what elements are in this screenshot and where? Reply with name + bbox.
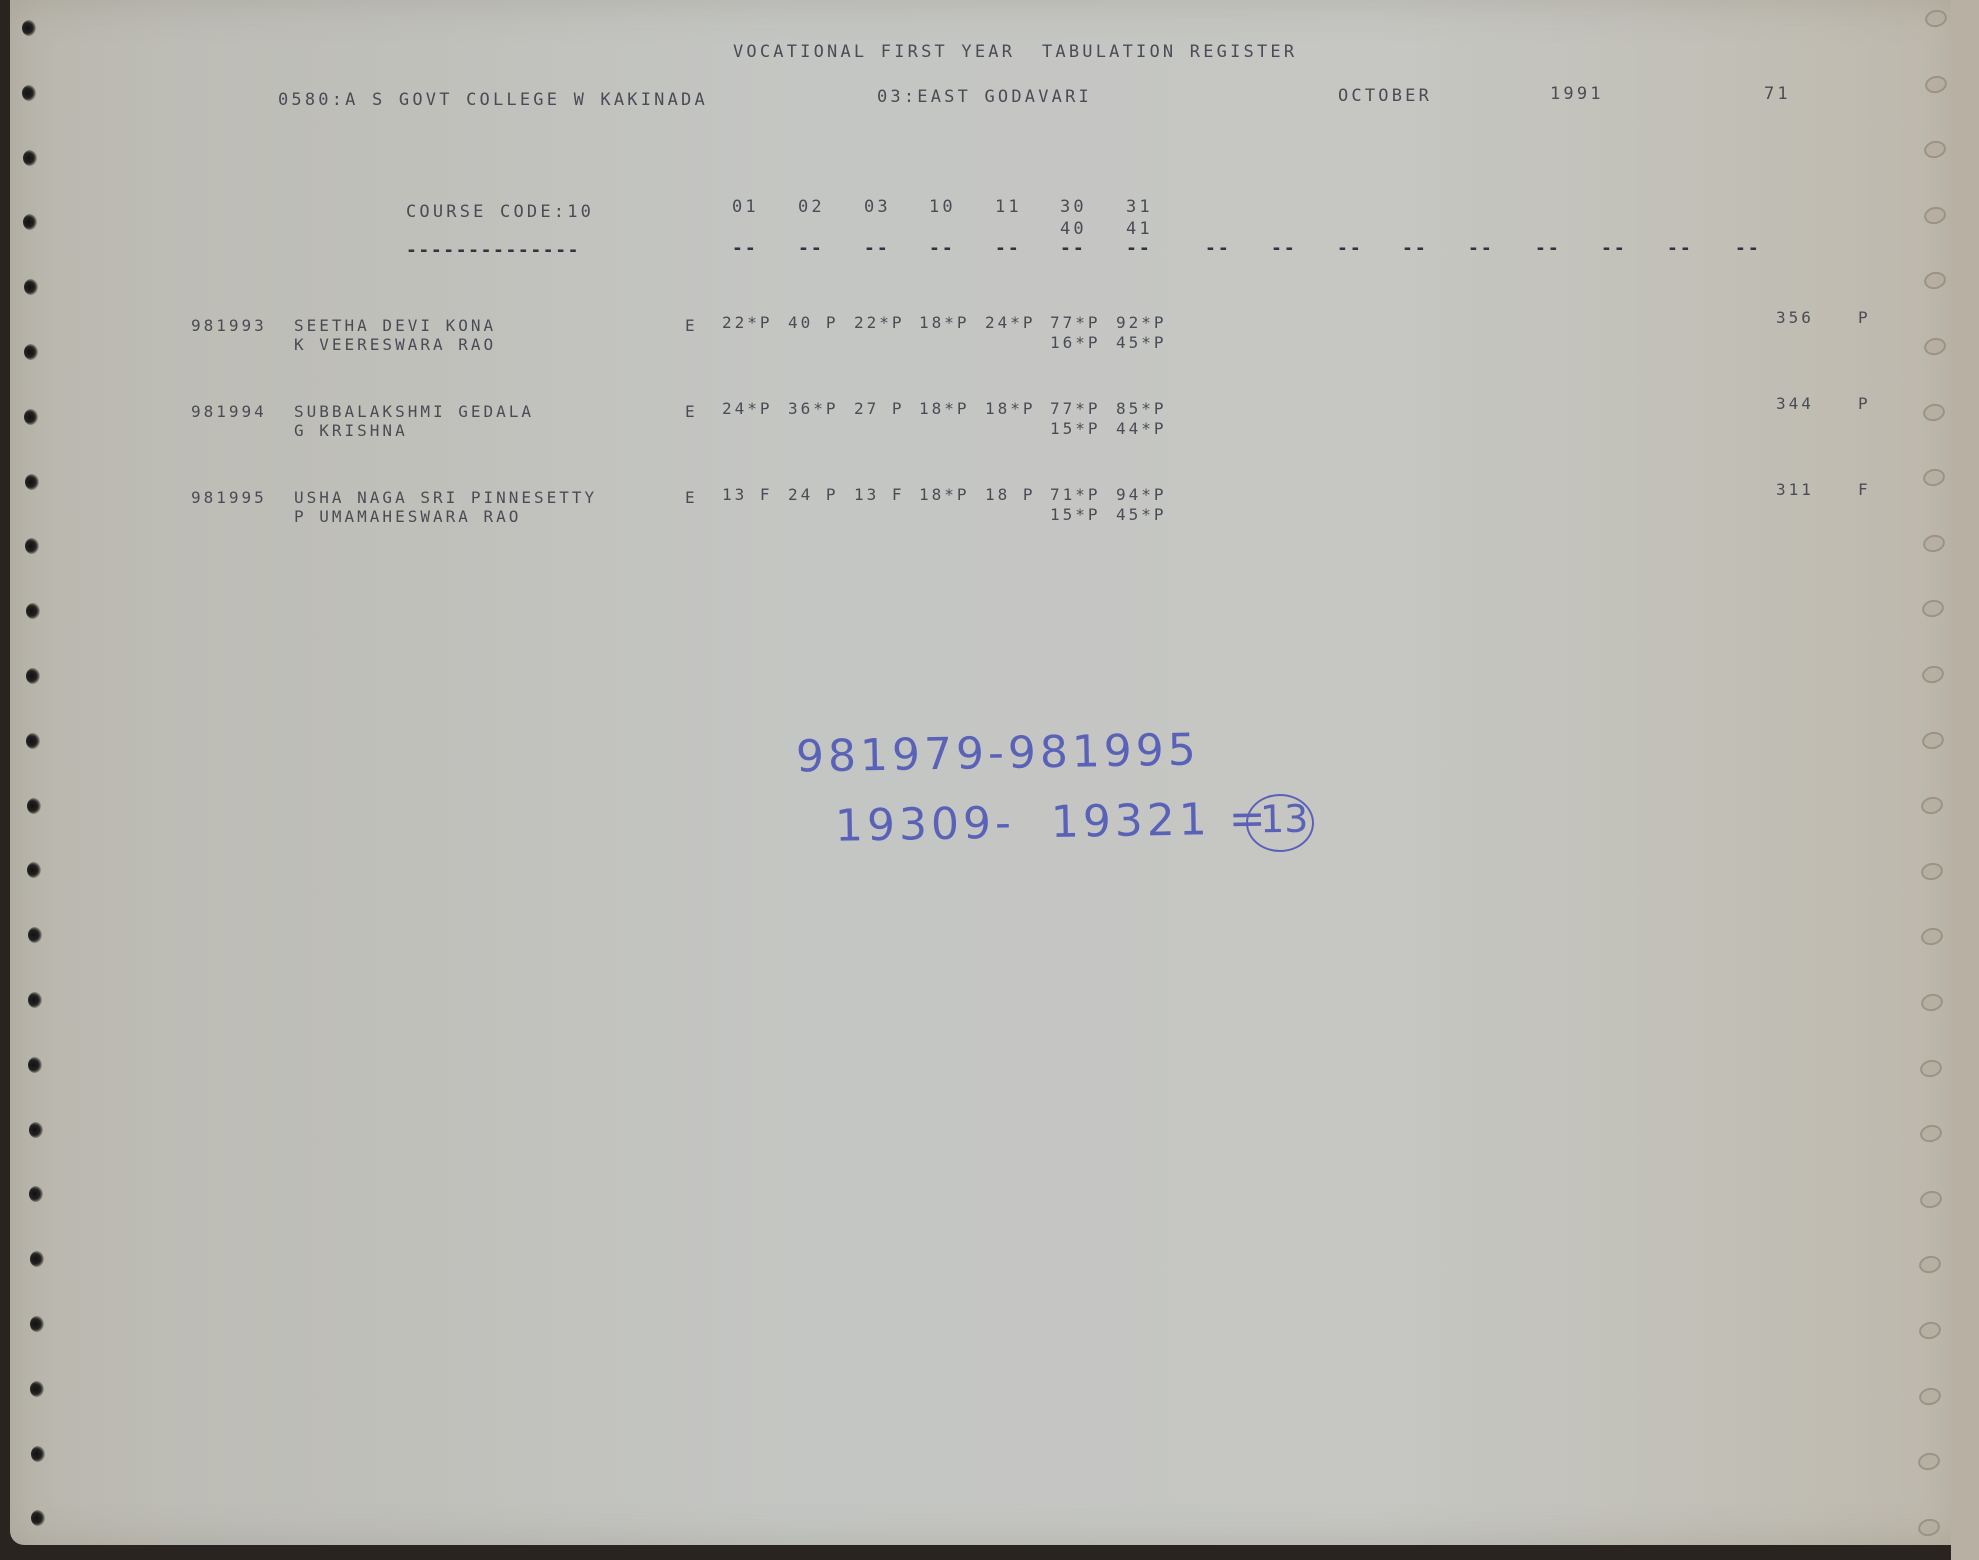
column-separator-dashes: -- (1126, 238, 1152, 259)
column-separator-dashes: -- (798, 238, 824, 259)
student-name: USHA NAGA SRI PINNESETTY (294, 488, 597, 507)
column-separator-dashes: -- (1271, 238, 1297, 259)
feed-hole-icon (25, 474, 39, 490)
total-marks: 356 (1776, 308, 1814, 327)
subject-mark-secondary: 45*P (1116, 505, 1167, 524)
subject-mark-secondary: 15*P (1050, 505, 1101, 524)
subject-mark: 24*P (722, 399, 773, 418)
column-separator-dashes: -- (1601, 238, 1627, 259)
column-separator-dashes: -- (995, 238, 1021, 259)
exam-month: OCTOBER (1338, 86, 1432, 106)
subject-mark: 18 P (985, 485, 1036, 504)
register-title: VOCATIONAL FIRST YEAR TABULATION REGISTE… (733, 42, 1297, 62)
feed-hole-icon (26, 668, 40, 684)
subject-mark: 13 F (722, 485, 773, 504)
parent-name: G KRISHNA (294, 421, 408, 440)
page-number: 71 (1764, 84, 1791, 104)
column-separator-dashes: -- (1667, 238, 1693, 259)
feed-hole-icon (23, 150, 37, 166)
feed-hole-icon (30, 1316, 44, 1332)
subject-code: 01 (732, 197, 759, 217)
column-separator-dashes: -- (1535, 238, 1561, 259)
course-code-label: COURSE CODE:10 (406, 202, 594, 222)
subject-mark-secondary: 45*P (1116, 333, 1167, 352)
exam-year: 1991 (1550, 84, 1604, 104)
feed-hole-icon (22, 20, 36, 36)
subject-mark: 18*P (985, 399, 1036, 418)
subject-code: 03 (864, 197, 891, 217)
subject-code: 10 (929, 197, 956, 217)
feed-hole-icon (29, 1122, 43, 1138)
subject-mark: 24 P (788, 485, 839, 504)
course-code-underline: -------------- (406, 240, 580, 261)
column-separator-dashes: -- (732, 238, 758, 259)
parent-name: P UMAMAHESWARA RAO (294, 507, 521, 526)
total-marks: 344 (1776, 394, 1814, 413)
column-separator-dashes: -- (1060, 238, 1086, 259)
subject-mark: 18*P (919, 399, 970, 418)
subject-mark: 24*P (985, 313, 1036, 332)
subject-mark: 18*P (919, 313, 970, 332)
handwritten-roll-range: 981979-981995 (796, 724, 1201, 782)
subject-mark: 22*P (722, 313, 773, 332)
medium-code: E (685, 488, 698, 507)
parent-name: K VEERESWARA RAO (294, 335, 496, 354)
subject-mark: 22*P (854, 313, 905, 332)
subject-mark-secondary: 15*P (1050, 419, 1101, 438)
subject-mark: 71*P (1050, 485, 1101, 504)
subject-code: 02 (798, 197, 825, 217)
handwritten-serial-range: 19309- 19321 = (835, 793, 1270, 852)
feed-hole-icon (28, 927, 42, 943)
column-separator-dashes: -- (864, 238, 890, 259)
subject-mark: 18*P (919, 485, 970, 504)
college-name: 0580:A S GOVT COLLEGE W KAKINADA (278, 90, 708, 110)
feed-hole-icon (28, 992, 42, 1008)
subject-mark: 77*P (1050, 399, 1101, 418)
roll-number: 981993 (191, 316, 267, 335)
result-status: F (1858, 480, 1871, 499)
result-status: P (1858, 308, 1871, 327)
student-name: SUBBALAKSHMI GEDALA (294, 402, 534, 421)
result-status: P (1858, 394, 1871, 413)
roll-number: 981995 (191, 488, 267, 507)
column-separator-dashes: -- (1468, 238, 1494, 259)
roll-number: 981994 (191, 402, 267, 421)
column-separator-dashes: -- (1735, 238, 1761, 259)
feed-hole-icon (24, 279, 38, 295)
feed-hole-icon (24, 344, 38, 360)
student-name: SEETHA DEVI KONA (294, 316, 496, 335)
total-marks: 311 (1776, 480, 1814, 499)
subject-code: 31 (1126, 197, 1153, 217)
subject-mark: 13 F (854, 485, 905, 504)
subject-mark: 27 P (854, 399, 905, 418)
subject-code: 11 (995, 197, 1022, 217)
feed-hole-icon (27, 798, 41, 814)
subject-mark: 36*P (788, 399, 839, 418)
feed-hole-icon (26, 603, 40, 619)
subject-mark: 77*P (1050, 313, 1101, 332)
subject-mark-secondary: 16*P (1050, 333, 1101, 352)
column-separator-dashes: -- (1337, 238, 1363, 259)
column-separator-dashes: -- (929, 238, 955, 259)
medium-code: E (685, 316, 698, 335)
feed-hole-icon (31, 1446, 45, 1462)
tractor-strip (1951, 0, 1979, 1560)
subject-code: 30 (1060, 197, 1087, 217)
district-name: 03:EAST GODAVARI (877, 87, 1092, 107)
subject-code-secondary: 40 (1060, 219, 1087, 239)
handwritten-count: 13 (1260, 797, 1309, 842)
column-separator-dashes: -- (1402, 238, 1428, 259)
subject-code-secondary: 41 (1126, 219, 1153, 239)
feed-hole-icon (30, 1251, 44, 1267)
medium-code: E (685, 402, 698, 421)
subject-mark: 92*P (1116, 313, 1167, 332)
subject-mark: 40 P (788, 313, 839, 332)
subject-mark: 94*P (1116, 485, 1167, 504)
subject-mark-secondary: 44*P (1116, 419, 1167, 438)
subject-mark: 85*P (1116, 399, 1167, 418)
column-separator-dashes: -- (1205, 238, 1231, 259)
